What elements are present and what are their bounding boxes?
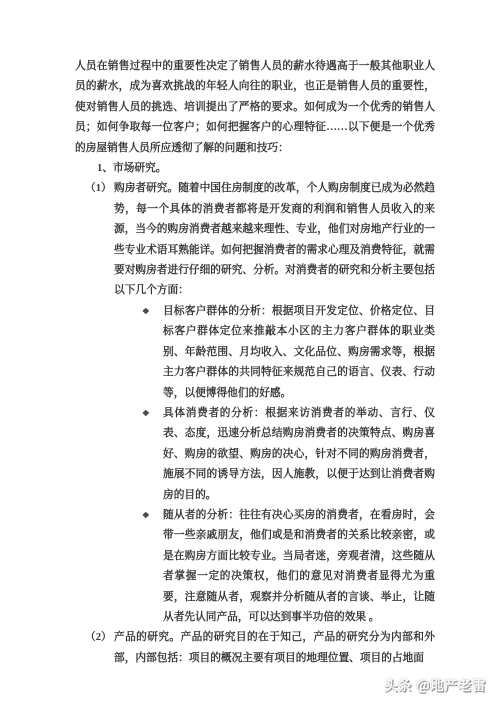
toutiao-watermark: 头条 ＠地产老雷	[384, 674, 486, 694]
numbered-item-1-marker: （1）	[85, 178, 114, 300]
diamond-bullet-icon: ❖	[142, 301, 163, 403]
bullet-item-3-text: 随从者的分析：往往有决心买房的消费者，在看房时，会带一些亲戚朋友，他们或是和消费…	[163, 505, 435, 627]
numbered-item-1: （1） 购房者研究。随着中国住房制度的改革，个人购房制度已成为必然趋势，每一个具…	[75, 178, 435, 300]
diamond-bullet-icon: ❖	[142, 403, 163, 505]
numbered-item-2: （2） 产品的研究。产品的研究目的在于知己，产品的研究分为内部和外部，内部包括：…	[75, 627, 435, 668]
bullet-item-2: ❖ 具体消费者的分析：根据来访消费者的举动、言行、仪表、态度，迅速分析总结购房消…	[75, 403, 435, 505]
document-page: 人员在销售过程中的重要性决定了销售人员的薪水待遇高于一般其他职业人员的薪水，成为…	[0, 0, 500, 707]
numbered-item-2-text: 产品的研究。产品的研究目的在于知己，产品的研究分为内部和外部，内部包括：项目的概…	[114, 627, 435, 668]
bullet-item-1-text: 目标客户群体的分析：根据项目开发定位、价格定位、目标客户群体定位来推敲本小区的主…	[163, 301, 435, 403]
diamond-bullet-icon: ❖	[142, 505, 163, 627]
section-heading: 1、市场研究。	[97, 158, 435, 178]
document-content: 人员在销售过程中的重要性决定了销售人员的薪水待遇高于一般其他职业人员的薪水，成为…	[75, 56, 435, 668]
bullet-item-3: ❖ 随从者的分析：往往有决心买房的消费者，在看房时，会带一些亲戚朋友，他们或是和…	[75, 505, 435, 627]
numbered-item-2-marker: （2）	[85, 627, 114, 668]
intro-paragraph: 人员在销售过程中的重要性决定了销售人员的薪水待遇高于一般其他职业人员的薪水，成为…	[75, 56, 435, 158]
bullet-item-2-text: 具体消费者的分析：根据来访消费者的举动、言行、仪表、态度，迅速分析总结购房消费者…	[163, 403, 435, 505]
numbered-item-1-text: 购房者研究。随着中国住房制度的改革，个人购房制度已成为必然趋势，每一个具体的消费…	[114, 178, 435, 300]
bullet-item-1: ❖ 目标客户群体的分析：根据项目开发定位、价格定位、目标客户群体定位来推敲本小区…	[75, 301, 435, 403]
